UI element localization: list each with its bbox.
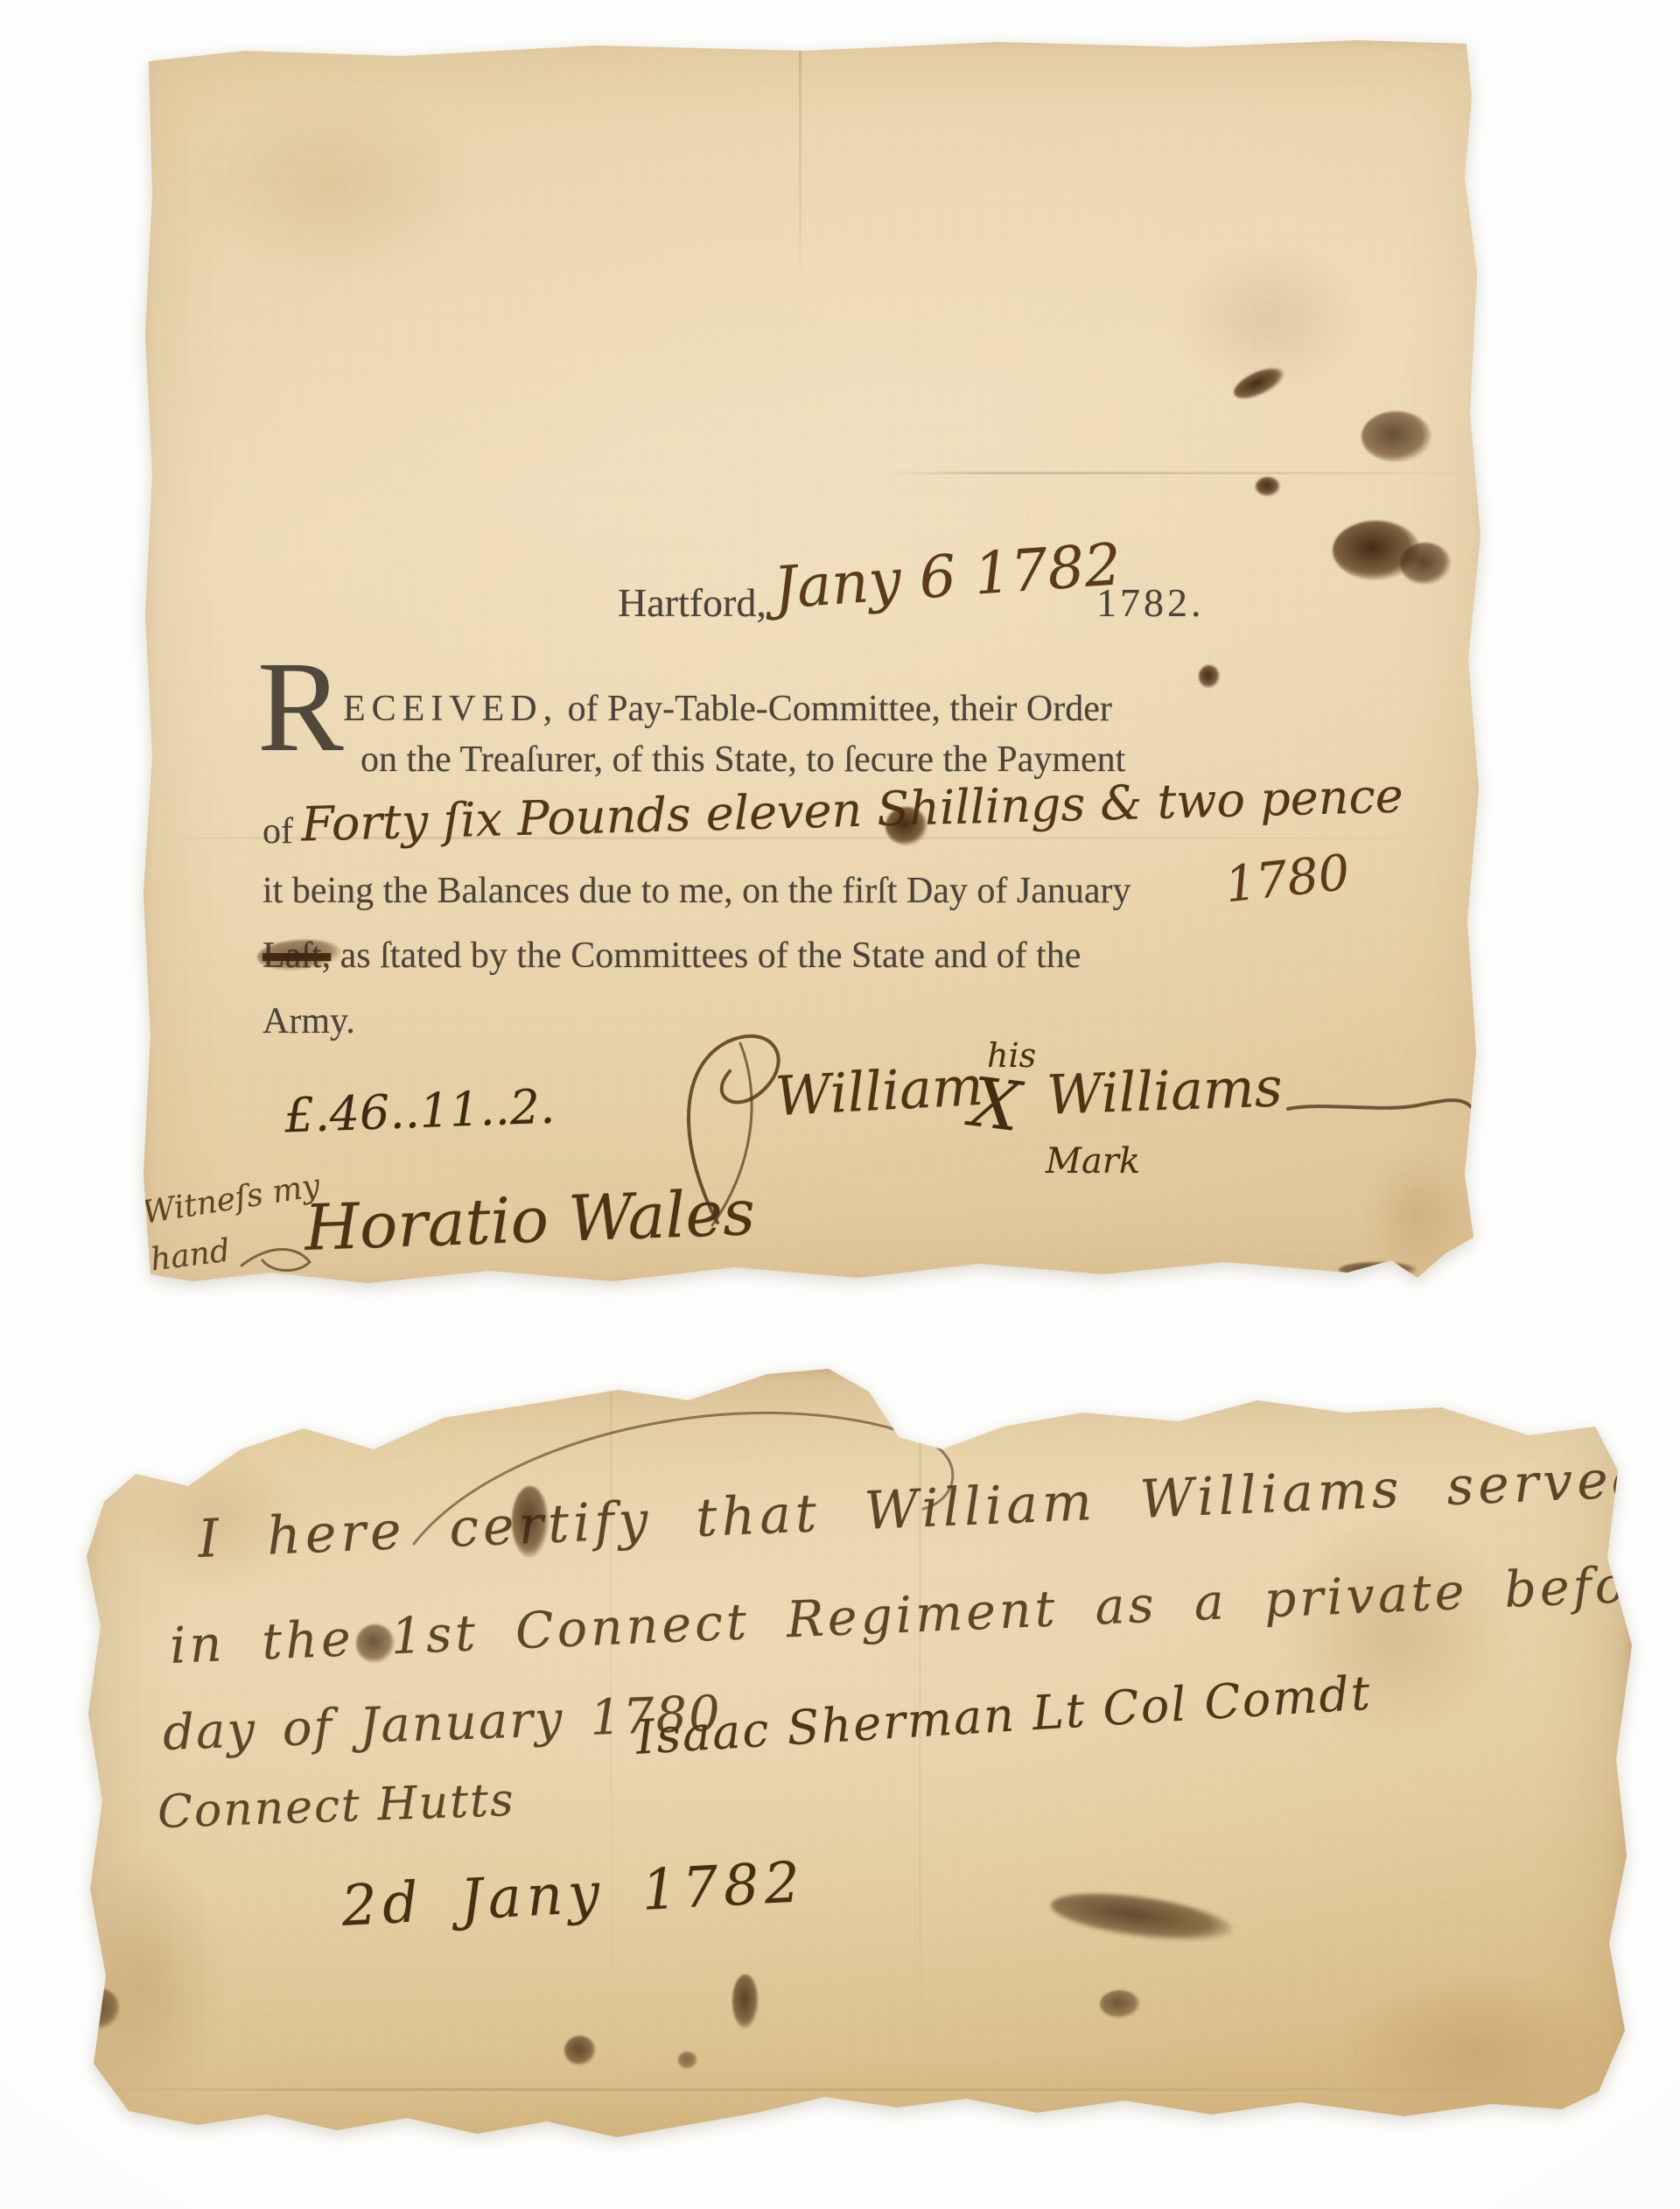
received-word: ECEIVED, — [343, 689, 558, 729]
date-line: 2d Jany 1782 — [339, 1850, 807, 1939]
body-line-5-rest: as ſtated by the Committees of the State… — [340, 936, 1081, 976]
dateline-place: Hartford, — [618, 579, 766, 626]
ink-blot — [512, 1486, 549, 1558]
receipt-document-wrap: Hartford, Jany 6 1782 1782. R ECEIVED, o… — [140, 37, 1487, 1290]
pen-flourish-dash — [1286, 1083, 1479, 1135]
payee-first-name: William — [773, 1054, 984, 1128]
body-line-4: it being the Balances due to me, on the … — [262, 870, 1131, 912]
ink-blot — [885, 807, 927, 845]
ink-blot — [1361, 411, 1431, 462]
mark-label: Mark — [1046, 1141, 1140, 1182]
scan-background: Hartford, Jany 6 1782 1782. R ECEIVED, o… — [0, 0, 1680, 2209]
stain — [192, 89, 472, 282]
pen-flourish-small — [236, 1227, 315, 1280]
ink-smudge — [1048, 1885, 1235, 1951]
stain — [1365, 1148, 1470, 1280]
ink-blot — [1256, 477, 1280, 496]
ink-blot — [356, 1624, 395, 1663]
witness-line-2: hand — [149, 1233, 232, 1279]
certificate-document-wrap: I here certify that William Williams ser… — [74, 1362, 1636, 2158]
payee-last-name: Williams — [1046, 1055, 1284, 1126]
body-line-3-of: of — [262, 810, 293, 852]
certificate-document: I here certify that William Williams ser… — [74, 1362, 1636, 2158]
stain — [66, 1852, 223, 2114]
ink-blot — [564, 2036, 596, 2065]
body-line-1-rest: of Pay-Table-Committee, their Order — [568, 689, 1112, 729]
x-mark: X — [967, 1063, 1025, 1147]
dropcap-letter: R — [257, 655, 344, 760]
ink-blot — [732, 1974, 759, 2029]
body-line-5: Laſt, as ſtated by the Committees of the… — [262, 935, 1081, 977]
witness-signature: Horatio Wales — [304, 1175, 757, 1265]
ink-blot — [1339, 1262, 1417, 1278]
ink-blot — [678, 2051, 697, 2069]
body-line-4-year: 1780 — [1222, 845, 1353, 915]
stain — [1343, 1974, 1606, 2123]
ink-blot — [1199, 665, 1220, 688]
place-line: Connect Hutts — [157, 1774, 516, 1839]
fold-crease — [799, 37, 801, 282]
body-line-2: on the Treaſurer, of this State, to ſecu… — [360, 739, 1125, 781]
ink-blot — [1400, 543, 1451, 585]
certifier-signature: Isaac Sherman Lt Col Comdt — [634, 1666, 1373, 1765]
dateline-handwritten-date: Jany 6 1782 — [772, 530, 1123, 622]
ink-blot — [81, 1988, 120, 2029]
receipt-document: Hartford, Jany 6 1782 1782. R ECEIVED, o… — [140, 37, 1487, 1290]
amount-figures: £.46..11..2. — [283, 1079, 556, 1144]
dateline-year: 1782. — [1096, 579, 1205, 626]
body-line-6-army: Army. — [262, 1000, 355, 1042]
witness-line-1: Witneſs my — [140, 1168, 322, 1231]
body-line-1: ECEIVED, of Pay-Table-Committee, their O… — [343, 688, 1112, 730]
ink-blot — [1100, 1990, 1140, 2018]
fold-crease — [884, 472, 1487, 474]
